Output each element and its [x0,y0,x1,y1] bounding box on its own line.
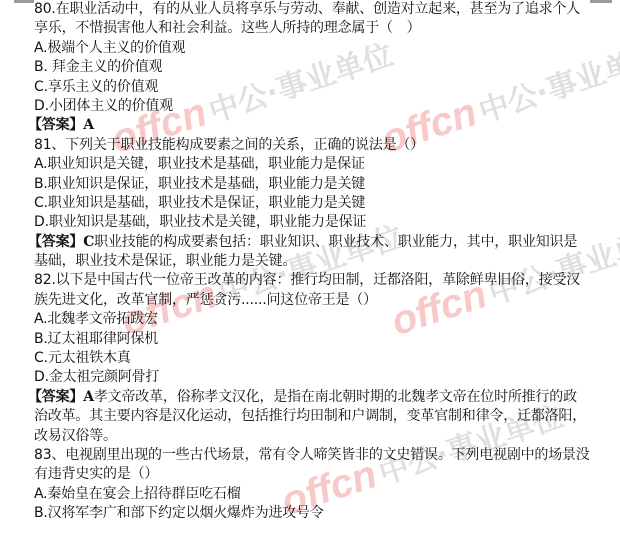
question-stem: 族先进文化，改革官制，严惩贪污......问这位帝王是（） [34,291,604,310]
question-stem: 82.以下是中国古代一位帝王改革的内容：推行均田制，迁都洛阳，革除鲜卑旧俗，接受… [34,271,604,290]
option-b: B.汉将军李广和部下约定以烟火爆炸为进攻号令 [34,504,604,523]
answer-line: 【答案】A [34,116,604,135]
option-b: B. 拜金主义的价值观 [34,58,604,77]
question-stem: 享乐，不惜损害他人和社会利益。这些人所持的理念属于（ ） [34,19,604,38]
answer-line: 【答案】C职业技能的构成要素包括：职业知识、职业技术、职业能力，其中，职业知识是 [34,233,604,252]
answer-letter: A [83,389,94,405]
question-80: 80.在职业活动中，有的从业人员将享乐与劳动、奉献、创造对立起来，甚至为了追求个… [34,0,604,136]
answer-label: 【答案】 [28,117,83,133]
answer-letter: A [83,117,94,133]
option-a: A.北魏孝文帝拓跋宏 [34,310,604,329]
option-c: C.元太祖铁木真 [34,349,604,368]
answer-explanation: 改易汉俗等。 [34,427,604,446]
question-82: 82.以下是中国古代一位帝王改革的内容：推行均田制，迁都洛阳，革除鲜卑旧俗，接受… [34,271,604,446]
question-stem: 80.在职业活动中，有的从业人员将享乐与劳动、奉献、创造对立起来，甚至为了追求个… [34,0,604,19]
question-stem: 有违背史实的是（） [34,465,604,484]
option-a: A.秦始皇在宴会上招待群臣吃石榴 [34,485,604,504]
answer-line: 【答案】A孝文帝改革，俗称孝文汉化，是指在南北朝时期的北魏孝文帝在位时所推行的政 [34,388,604,407]
answer-explanation: 孝文帝改革，俗称孝文汉化，是指在南北朝时期的北魏孝文帝在位时所推行的政 [94,389,577,405]
option-c: C.职业知识是基础，职业技术是保证，职业能力是关键 [34,194,604,213]
option-a: A.极端个人主义的价值观 [34,39,604,58]
option-b: B.职业知识是保证，职业技术是基础，职业能力是关键 [34,175,604,194]
question-stem: 83、电视剧里出现的一些古代场景，常有令人啼笑皆非的文史错误。下列电视剧中的场景… [34,446,604,465]
answer-explanation: 治改革。其主要内容是汉化运动，包括推行均田制和户调制，变革官制和律令，迁都洛阳， [34,407,604,426]
answer-explanation: 职业技能的构成要素包括：职业知识、职业技术、职业能力，其中，职业知识是 [94,234,577,250]
option-d: D.小团体主义的价值观 [34,97,604,116]
answer-letter: C [83,234,94,250]
page-corner-marker-left [14,0,34,3]
answer-explanation: 基础，职业技术是保证，职业能力是关键。 [34,252,604,271]
question-83: 83、电视剧里出现的一些古代场景，常有令人啼笑皆非的文史错误。下列电视剧中的场景… [34,446,604,524]
answer-label: 【答案】 [28,389,83,405]
option-a: A.职业知识是关键，职业技术是基础，职业能力是保证 [34,155,604,174]
option-c: C.享乐主义的价值观 [34,78,604,97]
answer-label: 【答案】 [28,234,83,250]
option-d: D.金太祖完颜阿骨打 [34,368,604,387]
option-d: D.职业知识是基础，职业技术是关键，职业能力是保证 [34,213,604,232]
option-b: B.辽太祖耶律阿保机 [34,330,604,349]
exam-document: 80.在职业活动中，有的从业人员将享乐与劳动、奉献、创造对立起来，甚至为了追求个… [34,0,604,524]
question-81: 81、下列关于职业技能构成要素之间的关系，正确的说法是（） A.职业知识是关键，… [34,136,604,272]
question-stem: 81、下列关于职业技能构成要素之间的关系，正确的说法是（） [34,136,604,155]
